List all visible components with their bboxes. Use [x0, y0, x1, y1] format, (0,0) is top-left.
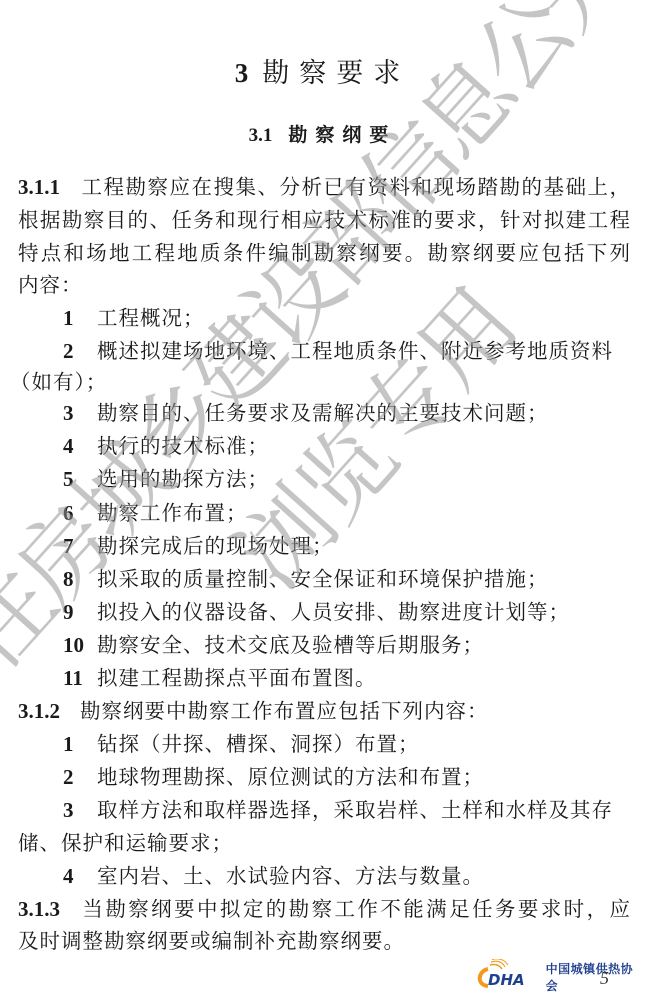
item-number: 9 — [63, 596, 97, 629]
item-number: 1 — [63, 728, 97, 761]
item-text: 取样方法和取样器选择，采取岩样、土样和水样及其存 — [97, 798, 613, 822]
list-item: 3勘察目的、任务要求及需解决的主要技术问题； — [18, 397, 630, 430]
clause-3-1-2-line-1: 3.1.2勘察纲要中勘察工作布置应包括下列内容： — [18, 695, 630, 728]
list-item: 1工程概况； — [18, 302, 630, 335]
clause-number: 3.1.3 — [18, 897, 60, 921]
section-title: 3.1勘察纲要 — [0, 122, 645, 149]
item-number: 2 — [63, 335, 97, 368]
list-item: 4执行的技术标准； — [18, 430, 630, 463]
page-number: 5 — [600, 968, 609, 989]
section-number: 3.1 — [249, 125, 273, 146]
item-text: 执行的技术标准； — [97, 434, 269, 458]
item-number: 7 — [63, 530, 97, 563]
clause-text: 当勘察纲要中拟定的勘察工作不能满足任务要求时，应 — [80, 897, 630, 921]
list-item: 6勘察工作布置； — [18, 497, 630, 530]
item-number: 4 — [63, 430, 97, 463]
item-text: 勘探完成后的现场处理； — [97, 534, 334, 558]
item-number: 3 — [63, 397, 97, 430]
item-number: 5 — [63, 463, 97, 496]
item-number: 2 — [63, 761, 97, 794]
item-number: 10 — [63, 629, 97, 662]
item-number: 3 — [63, 794, 97, 827]
list-item: 5选用的勘探方法； — [18, 463, 630, 496]
item-text: 拟投入的仪器设备、人员安排、勘察进度计划等； — [97, 600, 570, 624]
list-item: 8拟采取的质量控制、安全保证和环境保护措施； — [18, 563, 630, 596]
clause-text: 工程勘察应在搜集、分析已有资料和现场踏勘的基础上， — [80, 175, 630, 199]
item-text: 拟建工程勘探点平面布置图。 — [97, 666, 377, 690]
clause-3-1-1-line-4: 内容： — [18, 269, 630, 302]
clause-3-1-3-line-1: 3.1.3当勘察纲要中拟定的勘察工作不能满足任务要求时，应 — [18, 893, 630, 926]
chapter-title: 3勘察要求 — [0, 56, 645, 91]
item-number: 11 — [63, 662, 97, 695]
list-item: 9拟投入的仪器设备、人员安排、勘察进度计划等； — [18, 596, 630, 629]
svg-text:DHA: DHA — [488, 971, 525, 989]
item-text: 选用的勘探方法； — [97, 467, 269, 491]
item-text: 勘察工作布置； — [97, 501, 248, 525]
item-text: 拟采取的质量控制、安全保证和环境保护措施； — [97, 567, 549, 591]
item-number: 6 — [63, 497, 97, 530]
item-text: 钻探（井探、槽探、洞探）布置； — [97, 732, 420, 756]
chapter-number: 3 — [235, 58, 249, 88]
list-item: 7勘探完成后的现场处理； — [18, 530, 630, 563]
list-item: 1钻探（井探、槽探、洞探）布置； — [18, 728, 630, 761]
list-item-continuation: （如有）； — [10, 366, 622, 399]
dha-logo-icon: DHA — [474, 959, 544, 989]
clause-text: 勘察纲要中勘察工作布置应包括下列内容： — [80, 699, 489, 723]
footer-logo: DHA 中国城镇供热协会 — [474, 958, 645, 990]
item-number: 1 — [63, 302, 97, 335]
list-item: 11拟建工程勘探点平面布置图。 — [18, 662, 630, 695]
item-text: 勘察安全、技术交底及验槽等后期服务； — [97, 633, 484, 657]
clause-3-1-1-line-1: 3.1.1工程勘察应在搜集、分析已有资料和现场踏勘的基础上， — [18, 171, 630, 204]
logo-text: 中国城镇供热协会 — [546, 960, 645, 994]
item-text: 工程概况； — [97, 306, 205, 330]
list-item-continuation: 储、保护和运输要求； — [18, 827, 630, 860]
clause-number: 3.1.1 — [18, 175, 60, 199]
item-text: 室内岩、土、水试验内容、方法与数量。 — [97, 864, 484, 888]
list-item: 3取样方法和取样器选择，采取岩样、土样和水样及其存 — [18, 794, 630, 827]
clause-3-1-1-line-3: 特点和场地工程地质条件编制勘察纲要。勘察纲要应包括下列 — [18, 237, 630, 270]
clause-3-1-3-line-2: 及时调整勘察纲要或编制补充勘察纲要。 — [18, 925, 630, 958]
clause-number: 3.1.2 — [18, 699, 60, 723]
clause-3-1-1-line-2: 根据勘察目的、任务和现行相应技术标准的要求，针对拟建工程 — [18, 204, 630, 237]
item-text: 概述拟建场地环境、工程地质条件、附近参考地质资料 — [97, 339, 613, 363]
item-number: 8 — [63, 563, 97, 596]
section-title-text: 勘察纲要 — [288, 124, 396, 146]
chapter-title-text: 勘察要求 — [262, 58, 410, 89]
list-item: 4室内岩、土、水试验内容、方法与数量。 — [18, 860, 630, 893]
document-page: 3勘察要求 3.1勘察纲要 3.1.1工程勘察应在搜集、分析已有资料和现场踏勘的… — [0, 0, 645, 1000]
list-item: 2概述拟建场地环境、工程地质条件、附近参考地质资料 — [18, 335, 630, 368]
item-text: 地球物理勘探、原位测试的方法和布置； — [97, 765, 484, 789]
list-item: 2地球物理勘探、原位测试的方法和布置； — [18, 761, 630, 794]
list-item: 10勘察安全、技术交底及验槽等后期服务； — [18, 629, 630, 662]
item-text: 勘察目的、任务要求及需解决的主要技术问题； — [97, 401, 549, 425]
item-number: 4 — [63, 860, 97, 893]
